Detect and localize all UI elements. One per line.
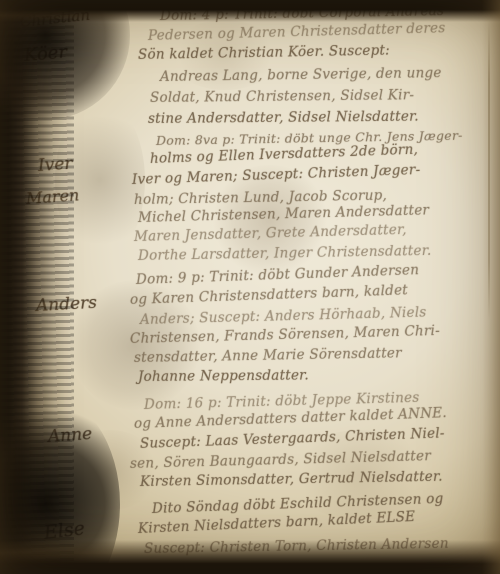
paper-fold-line bbox=[488, 20, 490, 320]
manuscript-line: stine Andersdatter, Sidsel Nielsdatter. bbox=[148, 109, 419, 127]
book-binding-edge bbox=[0, 0, 74, 574]
manuscript-line: Johanne Neppensdatter. bbox=[138, 368, 309, 385]
manuscript-page: Christian Köer Iver Maren Anders Anne El… bbox=[0, 0, 500, 574]
manuscript-line: Soldat, Knud Christensen, Sidsel Kir- bbox=[150, 87, 414, 106]
photo-bottom-edge bbox=[0, 540, 500, 574]
photo-top-edge bbox=[0, 0, 500, 22]
paper-right-edge bbox=[482, 0, 500, 574]
